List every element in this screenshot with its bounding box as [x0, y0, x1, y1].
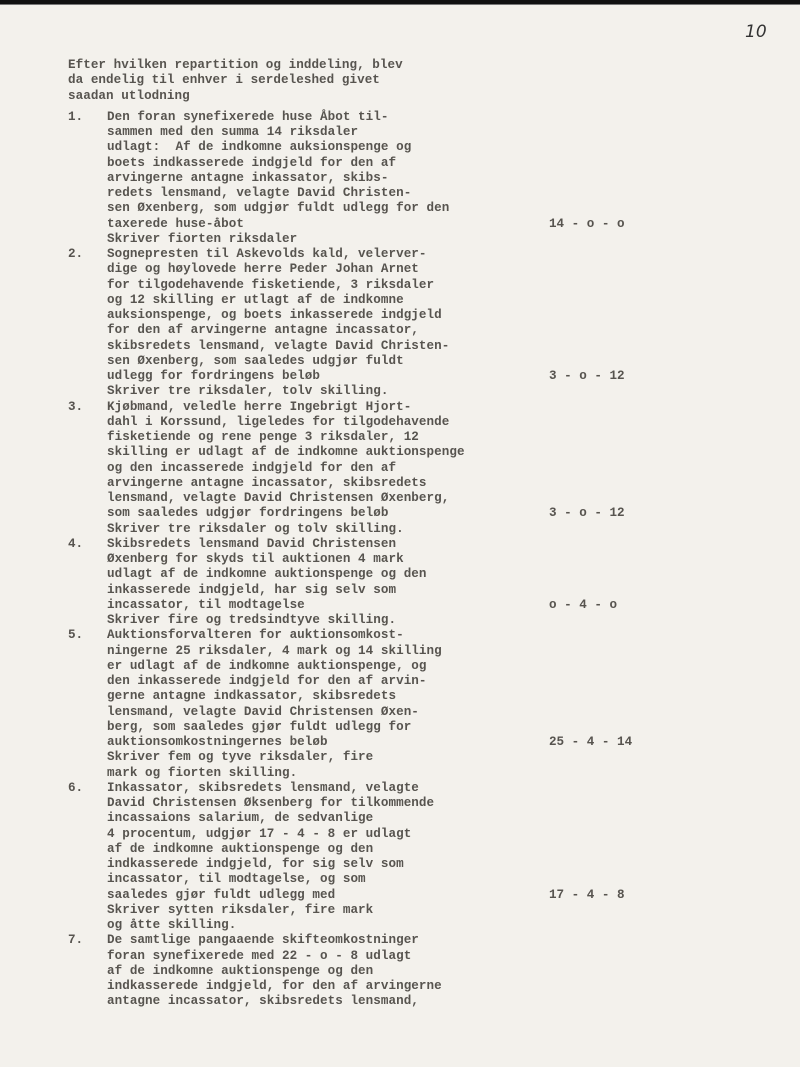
item-line: berg, som saaledes gjør fuldt udlegg for	[0, 720, 800, 735]
item-line: inkasserede indgjeld, har sig selv som	[0, 583, 800, 598]
item-line: og den incasserede indgjeld for den af	[0, 461, 800, 476]
item-line: Øxenberg for skyds til auktionen 4 mark	[0, 552, 800, 567]
allocation-item: 2.Sognepresten til Askevolds kald, veler…	[0, 247, 800, 400]
item-line: sen Øxenberg, som saaledes udgjør fuldt	[0, 354, 800, 369]
item-line: Skriver sytten riksdaler, fire mark	[0, 903, 800, 918]
item-line: og 12 skilling er utlagt af de indkomne	[0, 293, 800, 308]
item-line: dahl i Korssund, ligeledes for tilgodeha…	[0, 415, 800, 430]
item-line: taxerede huse-åbot	[0, 217, 800, 232]
item-line: Kjøbmand, veledle herre Ingebrigt Hjort-	[0, 400, 800, 415]
scan-top-edge-shadow	[0, 4, 800, 5]
item-line: Skriver tre riksdaler, tolv skilling.	[0, 384, 800, 399]
item-line: incassaions salarium, de sedvanlige	[0, 811, 800, 826]
item-line: Inkassator, skibsredets lensmand, velagt…	[0, 781, 800, 796]
item-line: redets lensmand, velagte David Christen-	[0, 186, 800, 201]
intro-paragraph: Efter hvilken repartition og inddeling, …	[0, 58, 800, 104]
item-line: lensmand, velagte David Christensen Øxen…	[0, 491, 800, 506]
item-line: ningerne 25 riksdaler, 4 mark og 14 skil…	[0, 644, 800, 659]
allocation-item: 4.Skibsredets lensmand David Christensen…	[0, 537, 800, 629]
item-line: dige og høylovede herre Peder Johan Arne…	[0, 262, 800, 277]
item-line: incassator, til modtagelse	[0, 598, 800, 613]
item-amount: 25 - 4 - 14	[549, 735, 632, 750]
item-line: Skriver tre riksdaler og tolv skilling.	[0, 522, 800, 537]
item-line: Sognepresten til Askevolds kald, velerve…	[0, 247, 800, 262]
allocation-item: 6.Inkassator, skibsredets lensmand, vela…	[0, 781, 800, 934]
item-line: som saaledes udgjør fordringens beløb	[0, 506, 800, 521]
item-line: den inkasserede indgjeld for den af arvi…	[0, 674, 800, 689]
item-line: foran synefixerede med 22 - o - 8 udlagt	[0, 949, 800, 964]
allocation-item: 7.De samtlige pangaaende skifteomkostnin…	[0, 933, 800, 1009]
item-line: udlagt af de indkomne auktionspenge og d…	[0, 567, 800, 582]
item-line: fisketiende og rene penge 3 riksdaler, 1…	[0, 430, 800, 445]
intro-line: da endelig til enhver i serdeleshed give…	[0, 73, 800, 88]
item-line: udlegg for fordringens beløb	[0, 369, 800, 384]
item-line: arvingerne antagne inkassator, skibs-	[0, 171, 800, 186]
item-line: Skibsredets lensmand David Christensen	[0, 537, 800, 552]
allocation-item: 1.Den foran synefixerede huse Åbot til-s…	[0, 110, 800, 247]
item-amount: 14 - o - o	[549, 217, 625, 232]
item-line: gerne antagne indkassator, skibsredets	[0, 689, 800, 704]
item-line: sen Øxenberg, som udgjør fuldt udlegg fo…	[0, 201, 800, 216]
item-line: arvingerne antagne incassator, skibsrede…	[0, 476, 800, 491]
item-line: De samtlige pangaaende skifteomkostninge…	[0, 933, 800, 948]
item-line: boets indkasserede indgjeld for den af	[0, 156, 800, 171]
allocation-item: 5.Auktionsforvalteren for auktionsomkost…	[0, 628, 800, 781]
item-line: auksionspenge, og boets inkasserede indg…	[0, 308, 800, 323]
allocation-list: 1.Den foran synefixerede huse Åbot til-s…	[0, 110, 800, 1010]
item-line: og åtte skilling.	[0, 918, 800, 933]
item-line: 4 procentum, udgjør 17 - 4 - 8 er udlagt	[0, 827, 800, 842]
page-number: 10	[745, 22, 767, 42]
item-line: David Christensen Øksenberg for tilkomme…	[0, 796, 800, 811]
intro-line: saadan utlodning	[0, 89, 800, 104]
item-line: skibsredets lensmand, velagte David Chri…	[0, 339, 800, 354]
item-line: af de indkomne auktionspenge og den	[0, 842, 800, 857]
item-line: Skriver fiorten riksdaler	[0, 232, 800, 247]
item-line: saaledes gjør fuldt udlegg med	[0, 888, 800, 903]
item-amount: 17 - 4 - 8	[549, 888, 625, 903]
item-line: antagne incassator, skibsredets lensmand…	[0, 994, 800, 1009]
item-line: er udlagt af de indkomne auktionspenge, …	[0, 659, 800, 674]
item-line: skilling er udlagt af de indkomne auktio…	[0, 445, 800, 460]
item-line: Skriver fire og tredsindtyve skilling.	[0, 613, 800, 628]
item-amount: 3 - o - 12	[549, 369, 625, 384]
item-line: Den foran synefixerede huse Åbot til-	[0, 110, 800, 125]
intro-line: Efter hvilken repartition og inddeling, …	[0, 58, 800, 73]
item-amount: o - 4 - o	[549, 598, 617, 613]
item-line: for den af arvingerne antagne incassator…	[0, 323, 800, 338]
item-line: udlagt: Af de indkomne auksionspenge og	[0, 140, 800, 155]
item-line: lensmand, velagte David Christensen Øxen…	[0, 705, 800, 720]
item-line: indkasserede indgjeld, for sig selv som	[0, 857, 800, 872]
document-body: Efter hvilken repartition og inddeling, …	[0, 58, 800, 1010]
item-line: auktionsomkostningernes beløb	[0, 735, 800, 750]
item-line: indkasserede indgjeld, for den af arving…	[0, 979, 800, 994]
item-line: mark og fiorten skilling.	[0, 766, 800, 781]
item-line: Auktionsforvalteren for auktionsomkost-	[0, 628, 800, 643]
item-line: Skriver fem og tyve riksdaler, fire	[0, 750, 800, 765]
item-line: sammen med den summa 14 riksdaler	[0, 125, 800, 140]
item-line: for tilgodehavende fisketiende, 3 riksda…	[0, 278, 800, 293]
item-amount: 3 - o - 12	[549, 506, 625, 521]
item-line: incassator, til modtagelse, og som	[0, 872, 800, 887]
item-line: af de indkomne auktionspenge og den	[0, 964, 800, 979]
allocation-item: 3.Kjøbmand, veledle herre Ingebrigt Hjor…	[0, 400, 800, 537]
